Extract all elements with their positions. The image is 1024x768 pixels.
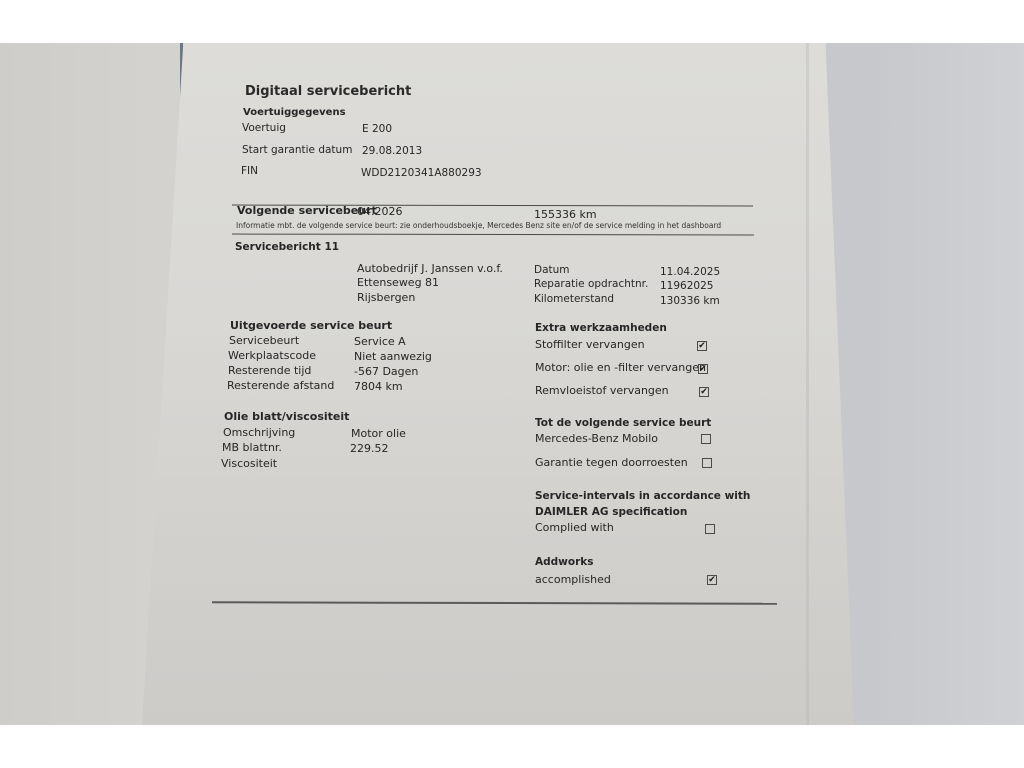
mobilo-checkbox[interactable] xyxy=(701,434,711,444)
cabin-filter-checkbox[interactable] xyxy=(697,341,707,351)
service-type-value: Service A xyxy=(354,335,406,348)
service-report-heading: Servicebericht 11 xyxy=(235,241,339,253)
intervals-heading-line1: Service-intervals in accordance with xyxy=(535,490,750,502)
until-next-heading: Tot de volgende service beurt xyxy=(535,417,711,429)
rust-warranty-checkbox[interactable] xyxy=(702,458,712,468)
extra-work-item-oil-filter: Motor: olie en -filter vervangen xyxy=(535,361,706,374)
odometer-label: Kilometerstand xyxy=(534,293,614,305)
viscosity-label: Viscositeit xyxy=(221,457,277,470)
dealer-name: Autobedrijf J. Janssen v.o.f. xyxy=(357,262,503,275)
warranty-start-value: 29.08.2013 xyxy=(362,145,422,157)
oil-description-value: Motor olie xyxy=(351,427,406,440)
next-service-info: Informatie mbt. de volgende service beur… xyxy=(236,221,721,230)
dealer-city: Rijsbergen xyxy=(357,291,415,304)
complied-with-label: Complied with xyxy=(535,521,614,534)
remaining-distance-value: 7804 km xyxy=(354,380,403,393)
date-value: 11.04.2025 xyxy=(660,266,720,278)
accomplished-checkbox[interactable] xyxy=(707,575,717,585)
mb-sheet-label: MB blattnr. xyxy=(222,441,282,454)
next-service-label: Volgende servicebeurt xyxy=(237,204,377,217)
addworks-heading: Addworks xyxy=(535,556,593,568)
sheet-fold-line xyxy=(806,43,809,725)
rust-warranty-label: Garantie tegen doorroesten xyxy=(535,456,688,469)
extra-work-heading: Extra werkzaamheden xyxy=(535,322,667,334)
warranty-start-label: Start garantie datum xyxy=(242,144,352,156)
vehicle-value: E 200 xyxy=(362,123,392,135)
vehicle-heading: Voertuiggegevens xyxy=(243,107,346,118)
oil-filter-checkbox[interactable] xyxy=(698,364,708,374)
document-title: Digitaal servicebericht xyxy=(245,84,411,99)
fin-label: FIN xyxy=(241,165,258,177)
vehicle-label: Voertuig xyxy=(242,122,286,134)
remaining-distance-label: Resterende afstand xyxy=(227,379,334,392)
workshop-code-label: Werkplaatscode xyxy=(228,349,316,362)
service-type-label: Servicebeurt xyxy=(229,334,299,347)
complied-with-checkbox[interactable] xyxy=(705,524,715,534)
repair-order-label: Reparatie opdrachtnr. xyxy=(534,278,648,290)
remaining-time-label: Resterende tijd xyxy=(228,364,311,377)
mobilo-label: Mercedes-Benz Mobilo xyxy=(535,432,658,445)
brake-fluid-checkbox[interactable] xyxy=(699,387,709,397)
next-service-mileage: 155336 km xyxy=(534,208,597,221)
performed-heading: Uitgevoerde service beurt xyxy=(230,319,392,332)
fin-value: WDD2120341A880293 xyxy=(361,167,482,179)
workshop-code-value: Niet aanwezig xyxy=(354,350,432,363)
next-service-date: 04.2026 xyxy=(357,205,403,218)
remaining-time-value: -567 Dagen xyxy=(354,365,418,378)
dealer-street: Ettenseweg 81 xyxy=(357,276,439,289)
oil-description-label: Omschrijving xyxy=(223,426,295,439)
oil-heading: Olie blatt/viscositeit xyxy=(224,410,349,423)
accomplished-label: accomplished xyxy=(535,573,611,586)
mb-sheet-value: 229.52 xyxy=(350,442,389,455)
date-label: Datum xyxy=(534,264,570,276)
extra-work-item-cabin-filter: Stoffilter vervangen xyxy=(535,338,645,351)
intervals-heading-line2: DAIMLER AG specification xyxy=(535,506,687,518)
odometer-value: 130336 km xyxy=(660,295,720,307)
repair-order-value: 11962025 xyxy=(660,280,713,292)
extra-work-item-brake-fluid: Remvloeistof vervangen xyxy=(535,384,669,397)
